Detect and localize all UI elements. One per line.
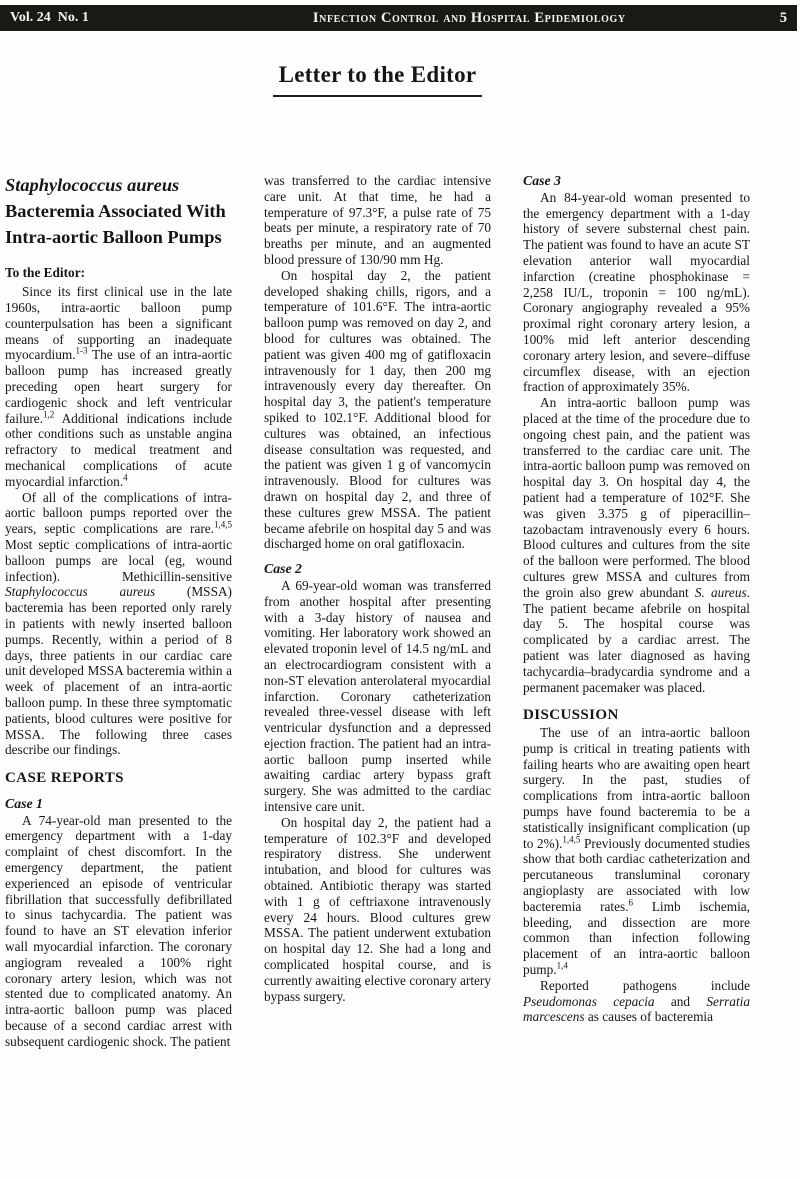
paragraph: Since its first clinical use in the late… [5, 284, 232, 489]
paragraph: The use of an intra-aortic balloon pump … [523, 725, 750, 978]
column-2: was transferred to the cardiac intensive… [264, 173, 491, 1004]
paragraph: On hospital day 2, the patient developed… [264, 268, 491, 552]
volume-issue: Vol. 24 No. 1 [10, 10, 89, 26]
letter-columns: Staphylococcus aureus Bacteremia Associa… [5, 173, 750, 1050]
journal-title: Infection Control and Hospital Epidemiol… [159, 10, 780, 27]
paragraph: A 69-year-old woman was transferred from… [264, 578, 491, 815]
paragraph: A 74-year-old man presented to the emerg… [5, 813, 232, 1050]
section-heading: CASE REPORTS [5, 771, 232, 787]
paragraph: Of all of the complications of intra-aor… [5, 490, 232, 759]
paragraph: An intra-aortic balloon pump was placed … [523, 395, 750, 695]
page-number: 5 [780, 10, 787, 27]
case-subheading: Case 2 [264, 561, 491, 577]
paragraph: was transferred to the cardiac intensive… [264, 173, 491, 268]
article-title: Staphylococcus aureus Bacteremia Associa… [5, 173, 232, 250]
salutation: To the Editor: [5, 265, 232, 281]
column-1: Staphylococcus aureus Bacteremia Associa… [5, 173, 232, 1050]
paragraph: On hospital day 2, the patient had a tem… [264, 815, 491, 1005]
section-heading: DISCUSSION [523, 708, 750, 724]
masthead: Vol. 24 No. 1 Infection Control and Hosp… [0, 5, 797, 31]
paragraph: An 84-year-old woman presented to the em… [523, 190, 750, 395]
journal-page: Vol. 24 No. 1 Infection Control and Hosp… [0, 0, 800, 1179]
column-3: Case 3An 84-year-old woman presented to … [523, 173, 750, 1025]
page-content: Letter to the Editor Staphylococcus aure… [0, 62, 800, 1050]
case-subheading: Case 1 [5, 796, 232, 812]
paragraph: Reported pathogens include Pseudomonas c… [523, 978, 750, 1025]
section-title: Letter to the Editor [273, 62, 483, 97]
case-subheading: Case 3 [523, 173, 750, 189]
